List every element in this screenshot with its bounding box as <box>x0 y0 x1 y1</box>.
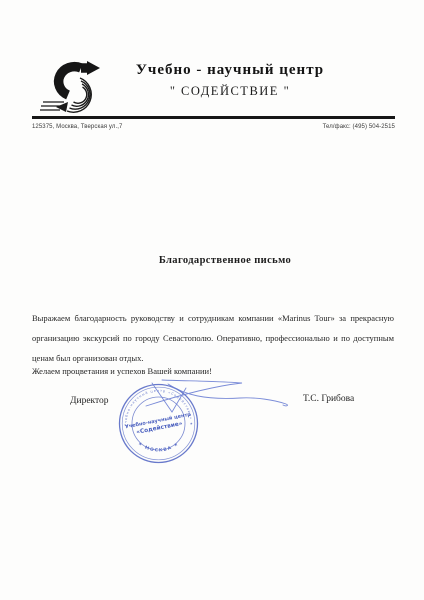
stamp-bottom-text: ★ МОСКВА ★ <box>137 441 181 454</box>
org-title: Учебно - научный центр <box>120 60 340 80</box>
letterhead: Учебно - научный центр " СОДЕЙСТВИЕ " <box>120 60 340 101</box>
svg-text:★ МОСКВА ★: ★ МОСКВА ★ <box>137 441 181 454</box>
org-address: 125375, Москва, Тверская ул.,7 <box>32 124 122 130</box>
letter-body: Выражаем благодарность руководству и сот… <box>32 308 394 378</box>
org-logo-icon <box>40 58 106 114</box>
letterhead-divider <box>32 116 395 119</box>
body-line: организацию экскурсий по городу Севастоп… <box>32 328 394 348</box>
letter-heading: Благодарственное письмо <box>40 255 410 266</box>
scanned-letter-page: Учебно - научный центр " СОДЕЙСТВИЕ " 12… <box>0 0 424 600</box>
signer-name: Т.С. Грибова <box>303 394 354 404</box>
org-subtitle: " СОДЕЙСТВИЕ " <box>120 82 340 101</box>
signer-role: Директор <box>70 396 109 406</box>
org-phone: Тел/факс: (495) 504-2515 <box>323 124 395 130</box>
body-line: Выражаем благодарность руководству и сот… <box>32 308 394 328</box>
handwritten-signature <box>130 372 295 422</box>
